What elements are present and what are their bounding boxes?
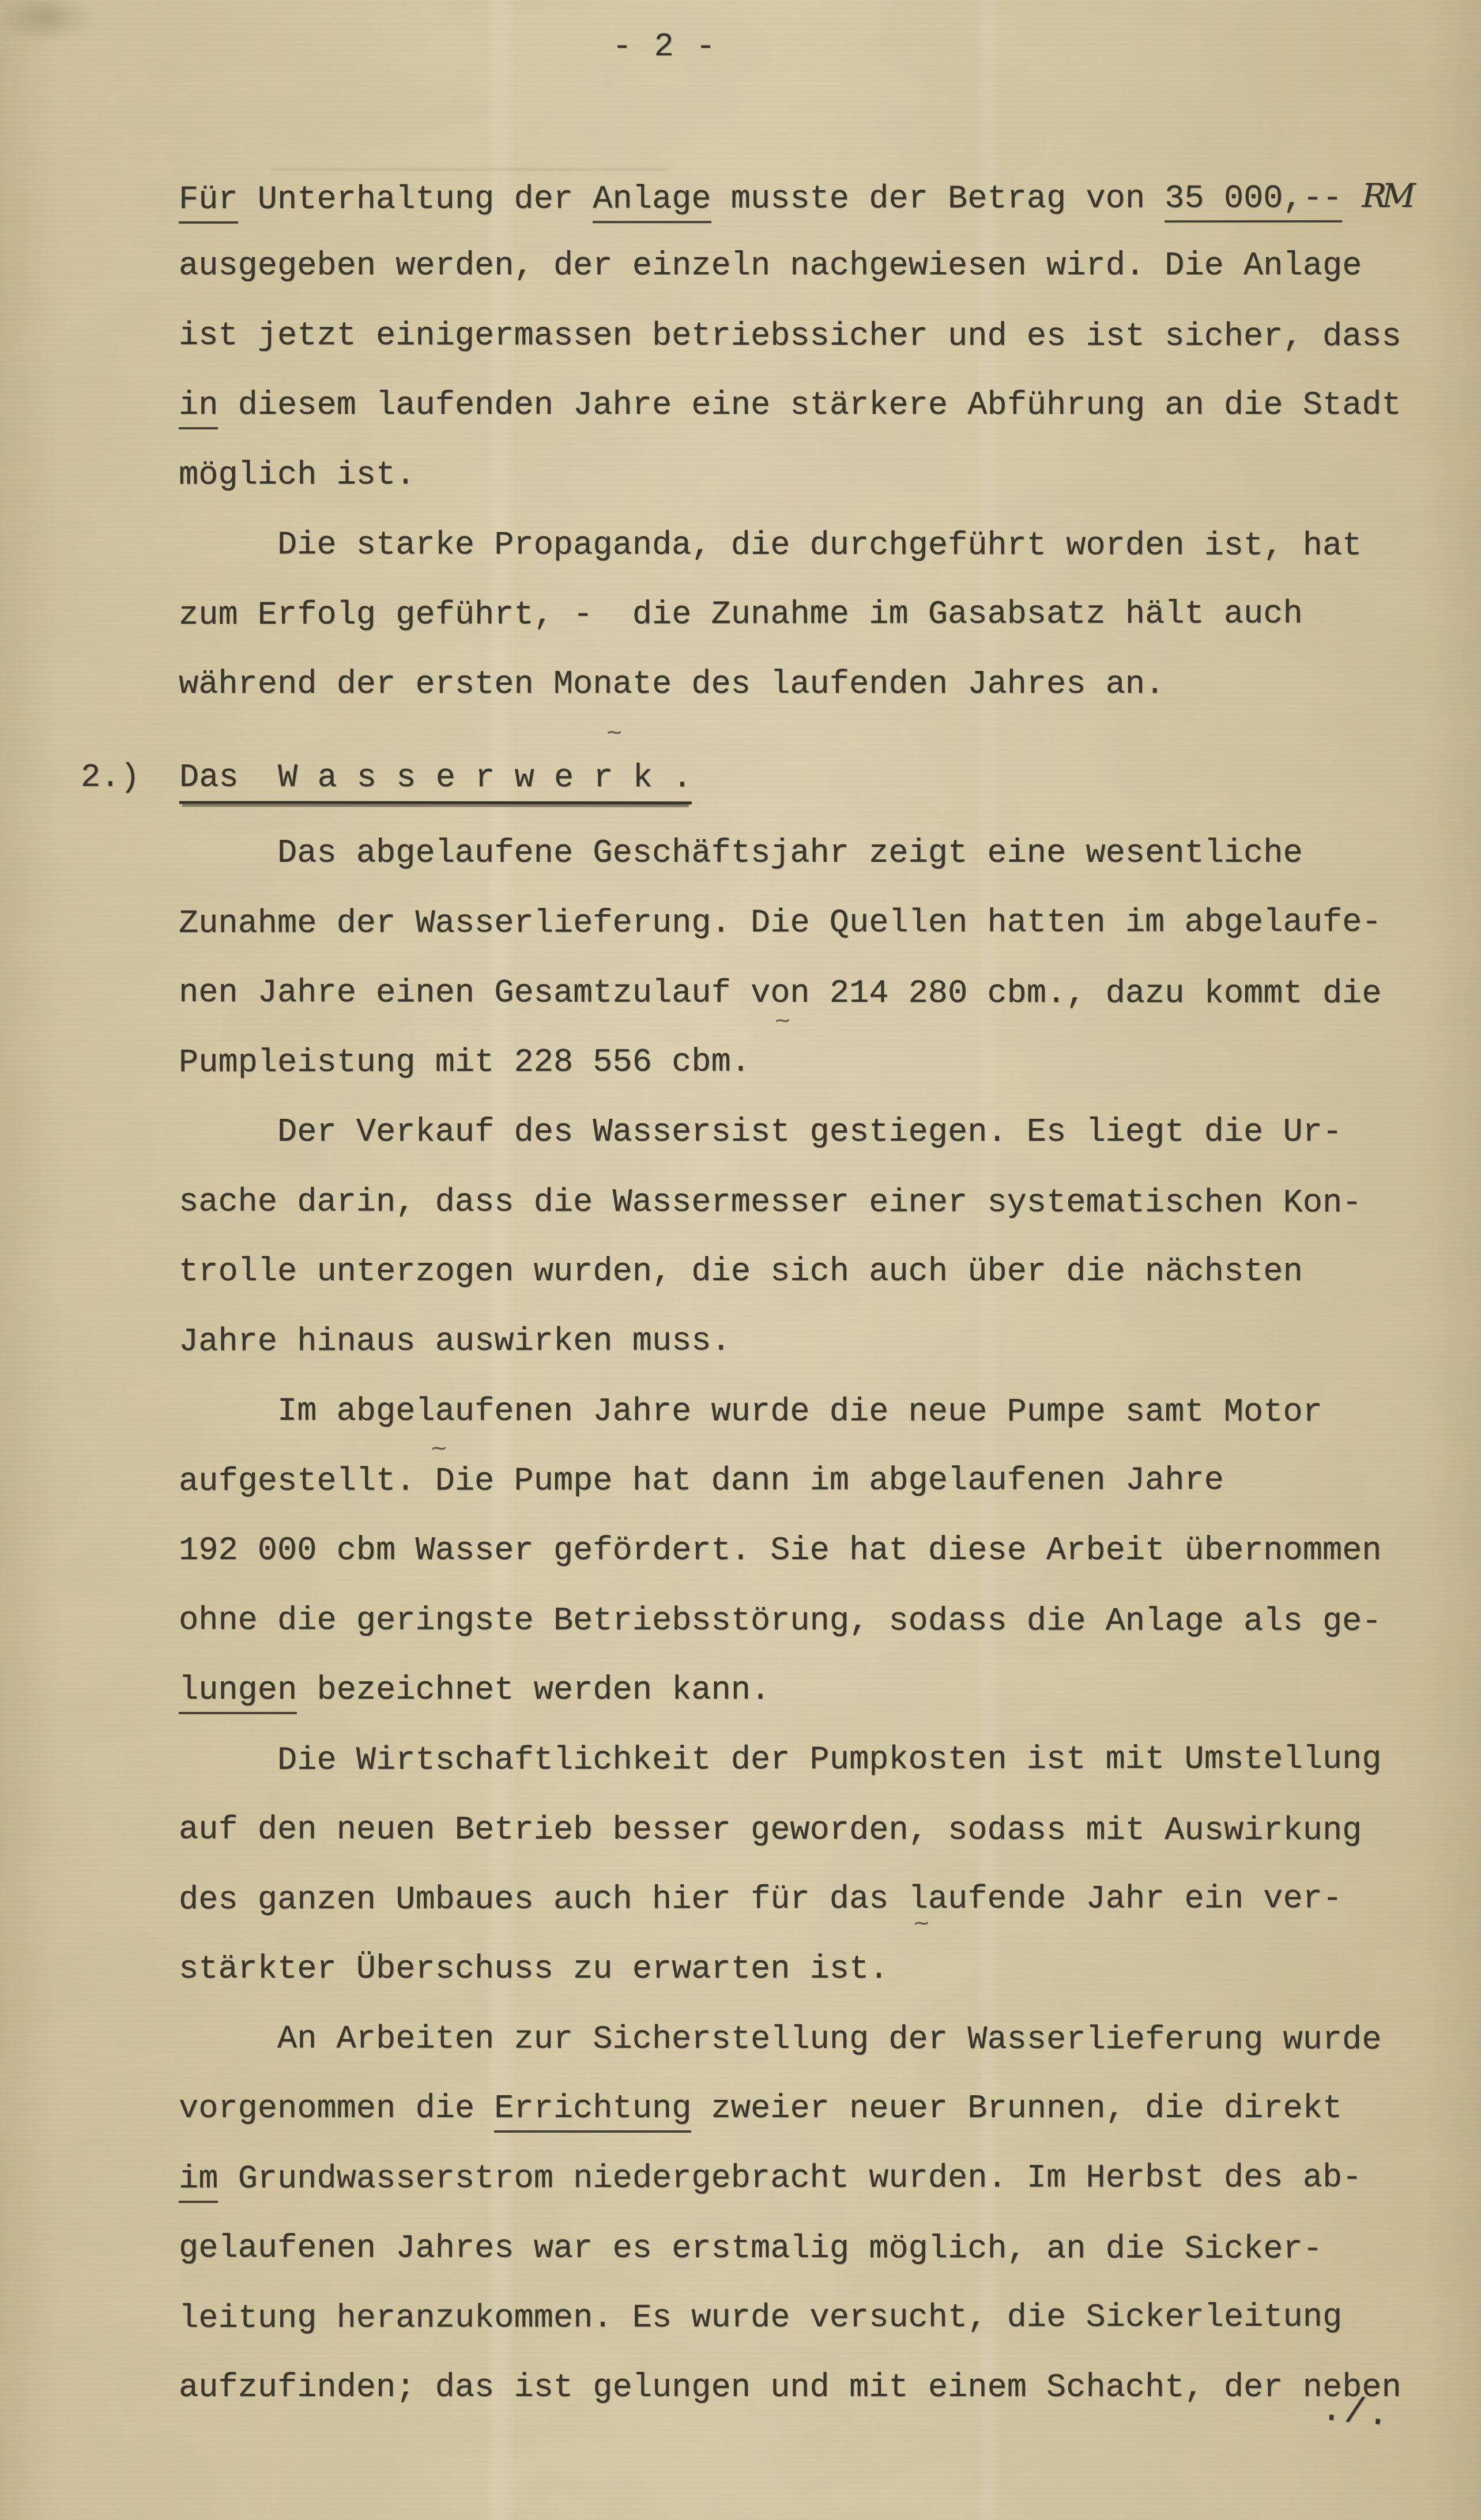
text-line: Der Verkauf des Wassersist gestiegen. Es… — [179, 1115, 1342, 1150]
text-line: 192 000 cbm Wasser gefördert. Sie hat di… — [179, 1533, 1382, 1569]
page-number: - 2 - — [612, 29, 717, 66]
text-line: leitung heranzukommen. Es wurde versucht… — [179, 2300, 1342, 2337]
text-line: ohne die geringste Betriebsstörung, soda… — [179, 1603, 1382, 1640]
stray-mark: ~ — [605, 719, 623, 750]
text-line: zum Erfolg geführt, - die Zunahme im Gas… — [179, 597, 1303, 633]
text-line: möglich ist. — [179, 458, 416, 493]
text-line: aufzufinden; das ist gelungen und mit ei… — [179, 2370, 1401, 2406]
text-line: sache darin, dass die Wassermesser einer… — [179, 1184, 1362, 1221]
scanned-page: - 2 - Für Unterhaltung der Anlage musste… — [0, 0, 1481, 2520]
text-line: Die starke Propaganda, die durchgeführt … — [179, 527, 1362, 564]
section-title: Das W a s s e r w e r k . — [179, 760, 692, 805]
text-line: Für Unterhaltung der Anlage musste der B… — [179, 178, 1411, 218]
text-line: im Grundwasserstrom niedergebracht wurde… — [179, 2160, 1362, 2197]
text-line: Jahre hinaus auswirken muss. — [179, 1323, 731, 1360]
stray-mark: ~ — [774, 1007, 792, 1038]
text-line: An Arbeiten zur Sicherstellung der Wasse… — [179, 2021, 1382, 2058]
text-line: auf den neuen Betrieb besser geworden, s… — [179, 1812, 1362, 1849]
stray-mark: ~ — [913, 1910, 930, 1941]
text-line: Im abgelaufenen Jahre wurde die neue Pum… — [179, 1394, 1322, 1431]
text-line: trolle unterzogen wurden, die sich auch … — [179, 1254, 1303, 1290]
text-line: Zunahme der Wasserlieferung. Die Quellen… — [179, 905, 1382, 942]
text-line: in diesem laufenden Jahre eine stärkere … — [179, 388, 1401, 424]
text-line: nen Jahre einen Gesamtzulauf von 214 280… — [179, 975, 1382, 1012]
text-line: Das abgelaufene Geschäftsjahr zeigt eine… — [179, 836, 1303, 872]
text-line: des ganzen Umbaues auch hier für das lau… — [179, 1881, 1342, 1918]
reichsmark-symbol: RM — [1362, 177, 1411, 215]
text-line: während der ersten Monate des laufenden … — [179, 667, 1165, 703]
section-number: 2.) — [81, 760, 179, 797]
text-line: ausgegeben werden, der einzeln nachgewie… — [179, 248, 1362, 284]
text-line: stärkter Überschuss zu erwarten ist. — [179, 1952, 888, 1987]
text-line: lungen bezeichnet werden kann. — [179, 1673, 770, 1708]
corner-shadow — [0, 0, 110, 52]
section-heading: 2.) Das W a s s e r w e r k . — [81, 760, 692, 797]
text-line: vorgenommen die Errichtung zweier neuer … — [179, 2091, 1342, 2127]
pencil-smudge — [271, 168, 669, 171]
stray-mark: ~ — [430, 1435, 448, 1466]
text-line: gelaufenen Jahres war es erstmalig mögli… — [179, 2231, 1322, 2268]
continuation-mark: ./. — [1320, 2389, 1392, 2436]
text-line: ist jetzt einigermassen betriebssicher u… — [179, 318, 1401, 355]
text-line: Die Wirtschaftlichkeit der Pumpkosten is… — [179, 1742, 1382, 1779]
text-line: aufgestellt. Die Pumpe hat dann im abgel… — [179, 1463, 1224, 1500]
text-line: Pumpleistung mit 228 556 cbm. — [179, 1044, 751, 1081]
